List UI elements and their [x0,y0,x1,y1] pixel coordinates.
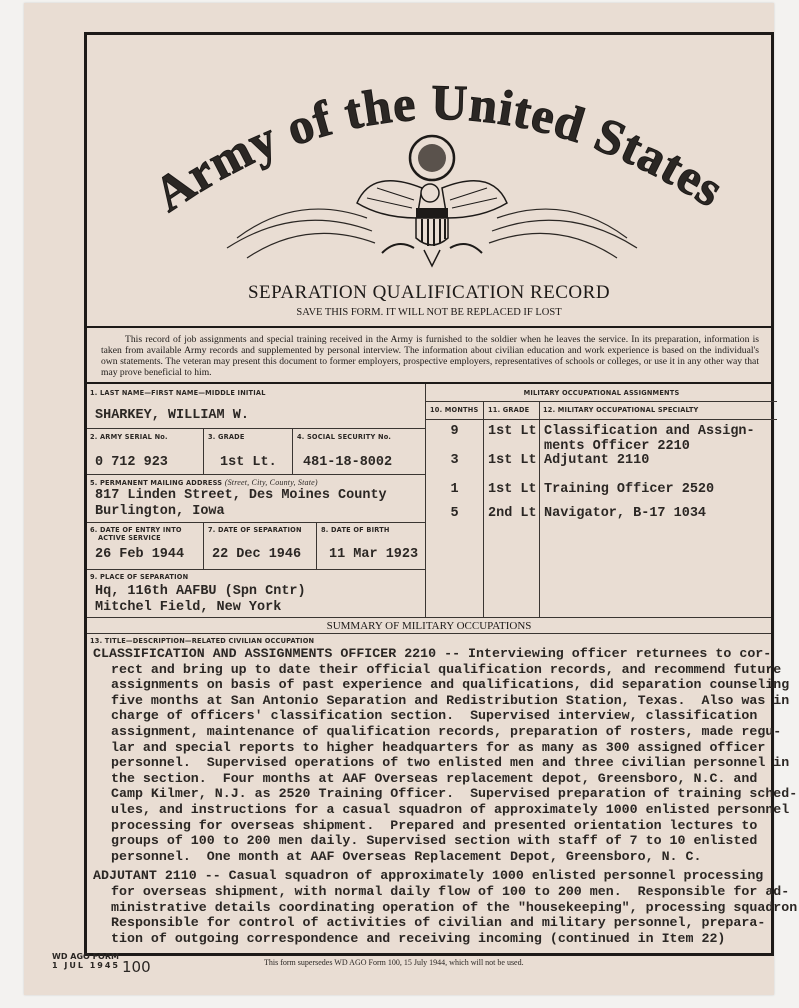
divider [87,522,425,523]
grade-label: 3. GRADE [208,433,245,441]
assignments-heading: MILITARY OCCUPATIONAL ASSIGNMENTS [426,389,777,397]
assignment-grade: 1st Lt [488,424,537,439]
assignment-grade: 2nd Lt [488,506,537,521]
birth-date-label: 8. DATE OF BIRTH [321,526,390,534]
serial-value: 0 712 923 [95,455,168,470]
assignment-months: 5 [426,506,483,521]
summary-line: lar and special reports to higher headqu… [93,740,767,756]
summary-line: CLASSIFICATION AND ASSIGNMENTS OFFICER 2… [93,646,767,662]
summary-heading: SUMMARY OF MILITARY OCCUPATIONS [87,620,771,632]
address-line-2: Burlington, Iowa [95,504,225,519]
assignment-specialty: Navigator, B-17 1034 [544,506,706,521]
divider [87,569,425,570]
col-grade-header: 11. GRADE [488,406,529,414]
intro-paragraph: This record of job assignments and speci… [101,334,759,378]
separation-date-label: 7. DATE OF SEPARATION [208,526,302,534]
summary-line: personnel. One month at AAF Overseas Rep… [93,849,767,865]
divider [87,428,425,429]
divider [539,401,540,617]
form-supersede-note: This form supersedes WD AGO Form 100, 15… [264,958,524,967]
assignment-specialty: Training Officer 2520 [544,482,714,497]
summary-line: for overseas shipment, with normal daily… [93,884,767,900]
army-banner-graphic: Army of the United States [117,43,747,273]
summary-label: 13. TITLE—DESCRIPTION—RELATED CIVILIAN O… [90,637,314,645]
divider [425,401,777,402]
entry-date-value: 26 Feb 1944 [95,547,184,562]
summary-line: processing for overseas shipment. Prepar… [93,818,767,834]
birth-date-value: 11 Mar 1923 [329,547,418,562]
ssn-value: 481-18-8002 [303,455,392,470]
summary-line: charge of officers' classification secti… [93,708,767,724]
place-line-1: Hq, 116th AAFBU (Spn Cntr) [95,584,306,599]
separation-date-value: 22 Dec 1946 [212,547,301,562]
summary-line: groups of 100 to 200 men daily. Supervis… [93,833,767,849]
divider [203,428,204,474]
place-label: 9. PLACE OF SEPARATION [90,573,188,581]
assignment-months: 3 [426,453,483,468]
summary-line: rect and bring up to date their official… [93,662,767,678]
summary-line: ministrative details coordinating operat… [93,900,767,916]
separation-form: Army of the United States [84,32,774,956]
address-line-1: 817 Linden Street, Des Moines County [95,488,387,503]
assignment-months: 9 [426,424,483,439]
summary-line: assignment, maintenance of qualification… [93,724,767,740]
entry-date-label: 6. DATE OF ENTRY INTOACTIVE SERVICE [90,526,182,542]
form-id: WD AGO FORM 1 JUL 1945 [52,952,120,970]
divider [425,419,777,420]
summary-line: ADJUTANT 2110 -- Casual squadron of appr… [93,868,767,884]
divider [87,326,771,328]
address-label: 5. PERMANENT MAILING ADDRESS (Street, Ci… [90,478,318,487]
form-number: 100 [122,958,151,976]
divider [292,428,293,474]
name-label: 1. LAST NAME—FIRST NAME—MIDDLE INITIAL [90,389,266,397]
summary-line: five months at San Antonio Separation an… [93,693,767,709]
assignment-grade: 1st Lt [488,482,537,497]
serial-label: 2. ARMY SERIAL No. [90,433,168,441]
divider [87,474,425,475]
divider [87,382,771,384]
page-subtitle: SAVE THIS FORM. IT WILL NOT BE REPLACED … [87,307,771,318]
banner: Army of the United States [117,43,747,273]
divider [483,401,484,617]
col-months-header: 10. MONTHS [430,406,478,414]
divider [316,522,317,569]
assignment-specialty-cont: ments Officer 2210 [544,439,690,454]
summary-line: Responsible for control of activities of… [93,915,767,931]
assignment-specialty: Adjutant 2110 [544,453,649,468]
summary-line: the section. Four months at AAF Overseas… [93,771,767,787]
assignment-specialty: Classification and Assign- [544,424,755,439]
divider [203,522,204,569]
summary-line: assignments on basis of past experience … [93,677,767,693]
col-specialty-header: 12. MILITARY OCCUPATIONAL SPECIALTY [543,406,699,414]
summary-line: personnel. Supervised operations of two … [93,755,767,771]
assignment-grade: 1st Lt [488,453,537,468]
summary-line: tion of outgoing correspondence and rece… [93,931,767,947]
place-line-2: Mitchel Field, New York [95,600,281,615]
document-page: Army of the United States [24,3,774,995]
divider [87,633,771,634]
ssn-label: 4. SOCIAL SECURITY No. [297,433,391,441]
page-title: SEPARATION QUALIFICATION RECORD [87,282,771,304]
summary-line: Camp Kilmer, N.J. as 2520 Training Offic… [93,786,767,802]
summary-line: ules, and instructions for a casual squa… [93,802,767,818]
grade-value: 1st Lt. [220,455,277,470]
name-value: SHARKEY, WILLIAM W. [95,408,249,423]
divider [87,617,771,618]
assignment-months: 1 [426,482,483,497]
eagle-seal-icon [357,136,507,266]
